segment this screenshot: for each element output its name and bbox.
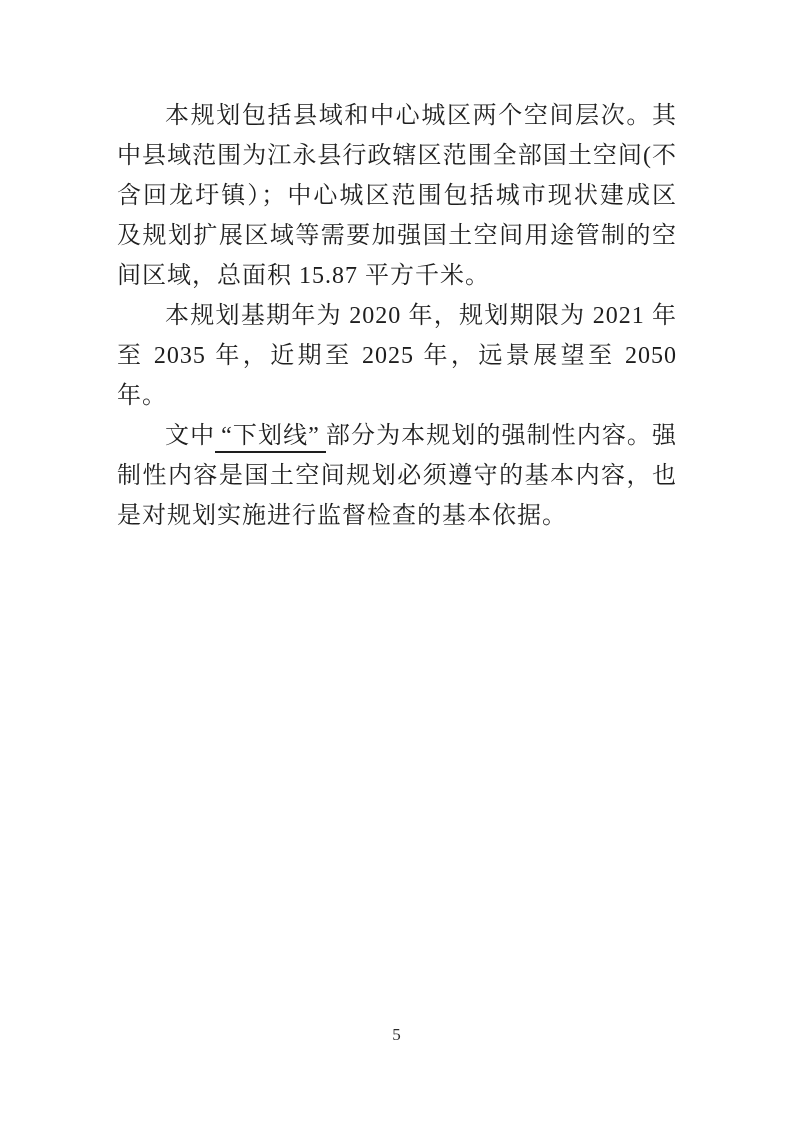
page-number: 5 — [0, 1024, 793, 1046]
paragraph-mandatory-content: 文中“下划线”部分为本规划的强制性内容。强制性内容是国土空间规划必须遵守的基本内… — [117, 416, 677, 536]
document-body: 本规划包括县域和中心城区两个空间层次。其中县域范围为江永县行政辖区范围全部国土空… — [117, 96, 677, 536]
paragraph-scope: 本规划包括县域和中心城区两个空间层次。其中县域范围为江永县行政辖区范围全部国土空… — [117, 96, 677, 296]
document-page: 本规划包括县域和中心城区两个空间层次。其中县域范围为江永县行政辖区范围全部国土空… — [0, 0, 793, 1122]
paragraph-planning-period: 本规划基期年为 2020 年，规划期限为 2021 年至 2035 年，近期至 … — [117, 296, 677, 416]
paragraph-mandatory-prefix: 文中 — [165, 423, 215, 449]
underlined-term: “下划线” — [215, 423, 326, 453]
